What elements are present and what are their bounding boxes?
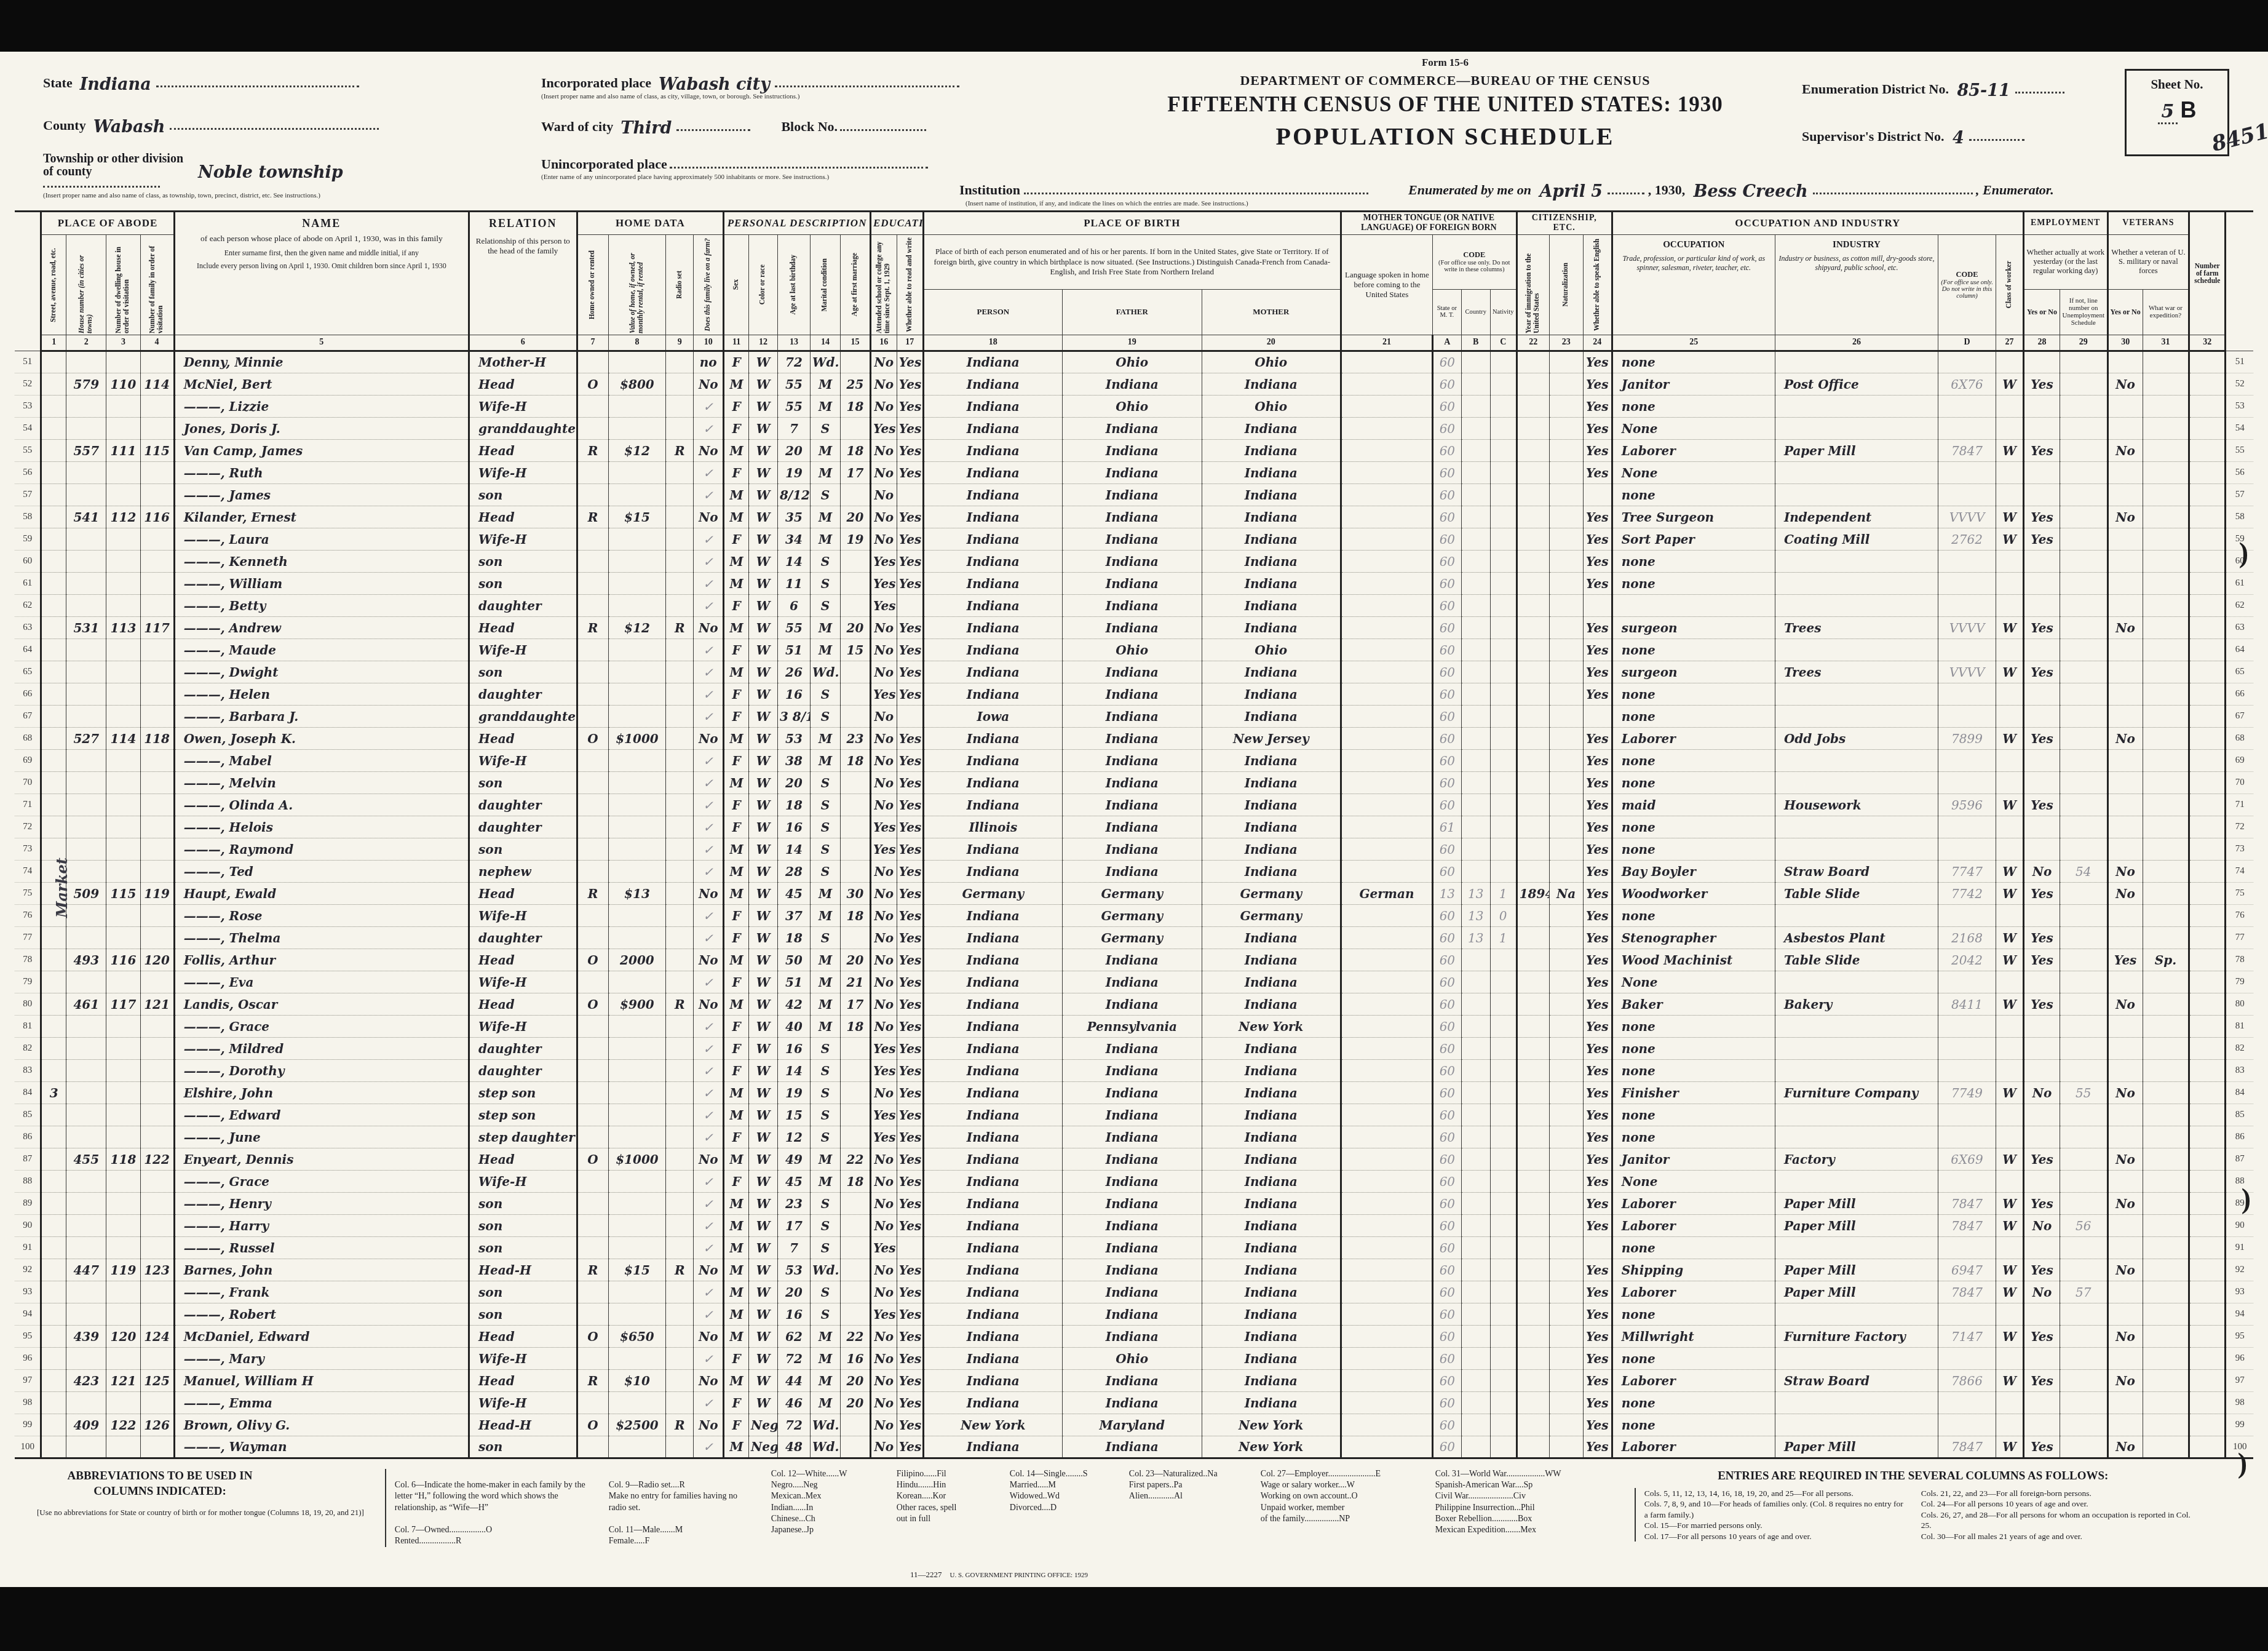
cell-vw [2143, 750, 2189, 772]
scan-edge-top [0, 0, 2268, 52]
col-color-race: Color or race [749, 235, 778, 335]
cell-eng [1583, 595, 1612, 617]
sheet-label: Sheet No. [2127, 77, 2227, 92]
cell-cw [1996, 639, 2023, 661]
cell-bm: Indiana [1202, 1038, 1341, 1060]
cell-fa [140, 838, 174, 861]
cell-am: 21 [840, 971, 870, 993]
cell-am [840, 551, 870, 573]
census-row: 71———, Olinda A.daughter✓FW18SNoYesIndia… [15, 794, 2253, 816]
cell-eln [2060, 838, 2108, 861]
cell-st [41, 1326, 66, 1348]
cell-cc [1490, 528, 1517, 551]
cell-vw [2143, 1237, 2189, 1259]
cell-fs [2189, 661, 2226, 683]
cell-am [840, 484, 870, 506]
cell-bf: Pennsylvania [1063, 1016, 1202, 1038]
cell-occ: none [1612, 1414, 1775, 1436]
cell-fs [2189, 993, 2226, 1016]
cell-sex: M [724, 838, 749, 861]
cell-ey: No [2023, 1082, 2060, 1104]
cell-fa [140, 1281, 174, 1303]
cell-st [41, 1126, 66, 1148]
line-number-right: 72 [2226, 816, 2253, 838]
cell-rel: son [469, 484, 577, 506]
col-year-immigration: Year of immigration to the United States [1517, 235, 1549, 335]
cell-hn [66, 528, 106, 551]
cell-sex: M [724, 993, 749, 1016]
line-number-left: 78 [15, 949, 41, 971]
cell-sch: No [870, 1436, 897, 1458]
cell-fa: 125 [140, 1370, 174, 1392]
cell-eng: Yes [1583, 993, 1612, 1016]
cell-name: ———, Edward [174, 1104, 469, 1126]
cell-mt [1341, 1215, 1432, 1237]
cell-val [608, 683, 666, 706]
cell-name: ———, Mabel [174, 750, 469, 772]
cell-rel: step son [469, 1104, 577, 1126]
cell-rel: Wife-H [469, 1016, 577, 1038]
cell-am [840, 1259, 870, 1281]
cell-eng: Yes [1583, 1259, 1612, 1281]
cell-mt [1341, 1303, 1432, 1326]
cell-hn: 557 [66, 440, 106, 462]
cell-rad [666, 1082, 694, 1104]
cell-bf: Indiana [1063, 1082, 1202, 1104]
cell-hn [66, 1215, 106, 1237]
cell-code [1938, 1016, 1996, 1038]
cell-eln [2060, 1193, 2108, 1215]
cell-fa [140, 971, 174, 993]
cell-occ: none [1612, 905, 1775, 927]
cell-bf: Germany [1063, 883, 1202, 905]
cell-mt [1341, 462, 1432, 484]
cell-dw [106, 971, 140, 993]
group-occupation-industry: OCCUPATION AND INDUSTRY [1612, 212, 2023, 235]
cell-ca: 60 [1432, 993, 1461, 1016]
cell-bp: Indiana [923, 1148, 1062, 1171]
cell-bm: Indiana [1202, 1370, 1341, 1392]
cell-cc [1490, 1414, 1517, 1436]
column-number: 25 [1612, 335, 1775, 351]
cell-val [608, 905, 666, 927]
cell-bp: Indiana [923, 351, 1062, 373]
cell-rw: Yes [897, 351, 923, 373]
cell-mar: M [810, 1392, 840, 1414]
cell-st [41, 1392, 66, 1414]
line-number-right: 79 [2226, 971, 2253, 993]
cell-nat [1549, 728, 1583, 750]
line-number-left: 80 [15, 993, 41, 1016]
cell-fa [140, 772, 174, 794]
cell-mar: S [810, 1237, 840, 1259]
cell-dw [106, 1104, 140, 1126]
state-label: State [43, 75, 73, 90]
cell-race: W [749, 816, 778, 838]
cell-vy: No [2107, 506, 2143, 528]
cell-dw: 119 [106, 1259, 140, 1281]
cell-rw: Yes [897, 1303, 923, 1326]
cell-name: ———, Robert [174, 1303, 469, 1326]
cell-hn [66, 1038, 106, 1060]
cell-cc [1490, 639, 1517, 661]
cell-vy: No [2107, 883, 2143, 905]
cell-val [608, 1348, 666, 1370]
cell-rel: son [469, 1193, 577, 1215]
cell-vy [2107, 551, 2143, 573]
enumerated-prefix: Enumerated by me on [1408, 182, 1531, 197]
cell-code: 7866 [1938, 1370, 1996, 1392]
line-number-left: 92 [15, 1259, 41, 1281]
cell-bf: Germany [1063, 927, 1202, 949]
enumerator-suffix: , Enumerator. [1976, 182, 2054, 197]
cell-vy [2107, 971, 2143, 993]
cell-rel: son [469, 551, 577, 573]
col-birthplace-mother: MOTHER [1202, 289, 1341, 335]
cell-am: 17 [840, 993, 870, 1016]
line-number-left: 59 [15, 528, 41, 551]
cell-race: Neg [749, 1414, 778, 1436]
cell-mar: S [810, 551, 840, 573]
line-number-left: 93 [15, 1281, 41, 1303]
cell-cc: 1 [1490, 883, 1517, 905]
cell-ca: 60 [1432, 528, 1461, 551]
cell-code [1938, 573, 1996, 595]
cell-bm: Indiana [1202, 1148, 1341, 1171]
col-code-country: Country [1461, 289, 1490, 335]
cell-race: W [749, 1148, 778, 1171]
column-number: 2 [66, 335, 106, 351]
cell-hn: 455 [66, 1148, 106, 1171]
cell-ey: Yes [2023, 1326, 2060, 1348]
cell-rad [666, 484, 694, 506]
cell-vy [2107, 484, 2143, 506]
cell-race: W [749, 1016, 778, 1038]
census-row: 55557111115Van Camp, JamesHeadR$12RNoMW2… [15, 440, 2253, 462]
cell-cb [1461, 1082, 1490, 1104]
cell-rw: Yes [897, 772, 923, 794]
cell-st [41, 1281, 66, 1303]
col-mother-tongue: Language spoken in home before coming to… [1341, 235, 1432, 335]
cell-fs [2189, 573, 2226, 595]
cell-vy: No [2107, 728, 2143, 750]
cell-bp: Indiana [923, 617, 1062, 639]
cell-cw: W [1996, 440, 2023, 462]
cell-own [577, 794, 608, 816]
cell-bf: Indiana [1063, 1436, 1202, 1458]
cell-nat [1549, 1436, 1583, 1458]
line-number-left: 99 [15, 1414, 41, 1436]
cell-mar: M [810, 1326, 840, 1348]
cell-am: 18 [840, 396, 870, 418]
cell-mar: M [810, 617, 840, 639]
cell-vw [2143, 484, 2189, 506]
cell-ca: 60 [1432, 351, 1461, 373]
cell-code [1938, 971, 1996, 993]
cell-name: ———, Grace [174, 1016, 469, 1038]
cell-rw: Yes [897, 617, 923, 639]
cell-own: R [577, 883, 608, 905]
cell-val [608, 418, 666, 440]
cell-ey [2023, 595, 2060, 617]
cell-age: 7 [777, 1237, 810, 1259]
cell-hn [66, 1237, 106, 1259]
cell-cc [1490, 351, 1517, 373]
cell-ca: 60 [1432, 794, 1461, 816]
cell-yi [1517, 1193, 1549, 1215]
cell-code [1938, 462, 1996, 484]
cell-rad [666, 1326, 694, 1348]
cell-ey [2023, 484, 2060, 506]
cell-hn [66, 1348, 106, 1370]
line-number-left: 85 [15, 1104, 41, 1126]
cell-vy [2107, 838, 2143, 861]
cell-cc [1490, 551, 1517, 573]
cell-vw [2143, 1414, 2189, 1436]
cell-race: W [749, 883, 778, 905]
cell-ca: 60 [1432, 971, 1461, 993]
cell-code: 6X76 [1938, 373, 1996, 396]
cell-rel: nephew [469, 861, 577, 883]
cell-yi [1517, 861, 1549, 883]
cell-code: 7847 [1938, 1215, 1996, 1237]
cell-rw: Yes [897, 506, 923, 528]
cell-rw: Yes [897, 1259, 923, 1281]
cell-occ: Laborer [1612, 1436, 1775, 1458]
cell-ca: 60 [1432, 927, 1461, 949]
cell-vy [2107, 661, 2143, 683]
cell-bp: Indiana [923, 905, 1062, 927]
cell-rad [666, 1370, 694, 1392]
cell-occ: none [1612, 1104, 1775, 1126]
cell-sch: No [870, 661, 897, 683]
cell-vw [2143, 728, 2189, 750]
cell-age: 14 [777, 838, 810, 861]
cell-nat [1549, 1126, 1583, 1148]
cell-own: O [577, 728, 608, 750]
institution-row: Institution Enumerated by me on April 5 … [959, 180, 2251, 207]
cell-code: 6X69 [1938, 1148, 1996, 1171]
header-left-fields: State Indiana County Wabash Township or … [43, 52, 449, 199]
cell-sex: M [724, 1436, 749, 1458]
cell-nat [1549, 1060, 1583, 1082]
cell-dw [106, 1082, 140, 1104]
cell-mt [1341, 528, 1432, 551]
cell-fs [2189, 418, 2226, 440]
cell-dw [106, 661, 140, 683]
cell-fs [2189, 484, 2226, 506]
cell-bm: Indiana [1202, 551, 1341, 573]
cell-ca: 60 [1432, 573, 1461, 595]
cell-eng: Yes [1583, 816, 1612, 838]
cell-code [1938, 418, 1996, 440]
cell-race: W [749, 993, 778, 1016]
cell-rw: Yes [897, 396, 923, 418]
cell-st [41, 993, 66, 1016]
cell-fa: 122 [140, 1148, 174, 1171]
cell-bp: Indiana [923, 728, 1062, 750]
cell-bp: Indiana [923, 927, 1062, 949]
census-row: 59———, LauraWife-H✓FW34M19NoYesIndianaIn… [15, 528, 2253, 551]
cell-nat [1549, 1392, 1583, 1414]
cell-bm: Ohio [1202, 639, 1341, 661]
cell-vw [2143, 1126, 2189, 1148]
cell-sex: F [724, 351, 749, 373]
cell-age: 11 [777, 573, 810, 595]
cell-cc [1490, 1370, 1517, 1392]
cell-val: $13 [608, 883, 666, 905]
cell-eng: Yes [1583, 1392, 1612, 1414]
cell-cw: W [1996, 1215, 2023, 1237]
cell-cb [1461, 1060, 1490, 1082]
cell-val: $900 [608, 993, 666, 1016]
cell-cc [1490, 1436, 1517, 1458]
cell-race: W [749, 373, 778, 396]
cell-rw: Yes [897, 1082, 923, 1104]
cell-val: $650 [608, 1326, 666, 1348]
cell-frm: No [694, 1326, 724, 1348]
cell-val [608, 396, 666, 418]
cell-cc [1490, 1259, 1517, 1281]
cell-cc [1490, 484, 1517, 506]
cell-vw [2143, 1193, 2189, 1215]
cell-cb [1461, 1215, 1490, 1237]
cell-vw [2143, 838, 2189, 861]
cell-st [41, 1171, 66, 1193]
column-number: 30 [2107, 335, 2143, 351]
abbrev-col14: Col. 14—Single........S Married.....M Wi… [1010, 1469, 1108, 1547]
cell-frm: ✓ [694, 528, 724, 551]
cell-dw: 118 [106, 1148, 140, 1171]
cell-occ: Laborer [1612, 1370, 1775, 1392]
cell-age: 72 [777, 351, 810, 373]
cell-am: 18 [840, 750, 870, 772]
census-row: 83———, Dorothydaughter✓FW14SYesYesIndian… [15, 1060, 2253, 1082]
cell-fa [140, 1038, 174, 1060]
cell-hn [66, 1016, 106, 1038]
cell-bp: Indiana [923, 1370, 1062, 1392]
cell-name: ———, Helois [174, 816, 469, 838]
group-name: NAME of each person whose place of abode… [174, 212, 469, 335]
cell-ind: Straw Board [1775, 861, 1938, 883]
enum-district-label: Enumeration District No. [1802, 81, 1949, 97]
cell-cb: 13 [1461, 883, 1490, 905]
cell-vy [2107, 794, 2143, 816]
cell-am: 16 [840, 1348, 870, 1370]
cell-st [41, 971, 66, 993]
cell-vy [2107, 528, 2143, 551]
cell-occ: none [1612, 1016, 1775, 1038]
cell-vw [2143, 1171, 2189, 1193]
cell-race: W [749, 551, 778, 573]
cell-code [1938, 706, 1996, 728]
cell-fs [2189, 1326, 2226, 1348]
cell-age: 20 [777, 772, 810, 794]
cell-eln [2060, 1038, 2108, 1060]
cell-frm: ✓ [694, 1348, 724, 1370]
cell-bm: Germany [1202, 905, 1341, 927]
cell-bf: Indiana [1063, 993, 1202, 1016]
cell-cc [1490, 949, 1517, 971]
cell-mar: S [810, 1060, 840, 1082]
cell-dw: 117 [106, 993, 140, 1016]
cell-rw [897, 595, 923, 617]
cell-ey: No [2023, 861, 2060, 883]
cell-mar: M [810, 528, 840, 551]
line-number-right: 84 [2226, 1082, 2253, 1104]
cell-rad [666, 1104, 694, 1126]
cell-rel: son [469, 838, 577, 861]
cell-rel: son [469, 1303, 577, 1326]
cell-rw: Yes [897, 1060, 923, 1082]
census-row: 98———, EmmaWife-H✓FW46M20NoYesIndianaInd… [15, 1392, 2253, 1414]
cell-sch: No [870, 993, 897, 1016]
census-row: 65———, Dwightson✓MW26Wd.NoYesIndianaIndi… [15, 661, 2253, 683]
cell-sex: F [724, 639, 749, 661]
cell-code: 7847 [1938, 1436, 1996, 1458]
cell-cw: W [1996, 1281, 2023, 1303]
cell-vw [2143, 639, 2189, 661]
column-number: 19 [1063, 335, 1202, 351]
cell-cb [1461, 1104, 1490, 1126]
cell-code: 2042 [1938, 949, 1996, 971]
cell-rw: Yes [897, 551, 923, 573]
cell-eng: Yes [1583, 551, 1612, 573]
cell-ca: 60 [1432, 373, 1461, 396]
cell-bp: Indiana [923, 418, 1062, 440]
column-number: 31 [2143, 335, 2189, 351]
cell-rel: Wife-H [469, 1348, 577, 1370]
cell-sch: Yes [870, 1104, 897, 1126]
cell-vw: Sp. [2143, 949, 2189, 971]
cell-cb [1461, 1193, 1490, 1215]
cell-val: $1000 [608, 1148, 666, 1171]
cell-val [608, 462, 666, 484]
cell-bf: Indiana [1063, 484, 1202, 506]
cell-cc [1490, 440, 1517, 462]
group-home-data: HOME DATA [577, 212, 724, 235]
col-code-state: State or M. T. [1432, 289, 1461, 335]
cell-sex: F [724, 418, 749, 440]
cell-name: ———, June [174, 1126, 469, 1148]
cell-bp: Indiana [923, 794, 1062, 816]
line-number-left: 52 [15, 373, 41, 396]
cell-val [608, 1303, 666, 1326]
cell-dw [106, 1392, 140, 1414]
cell-dw: 121 [106, 1370, 140, 1392]
cell-ey [2023, 1392, 2060, 1414]
cell-mt [1341, 440, 1432, 462]
cell-own [577, 1303, 608, 1326]
cell-rel: step son [469, 1082, 577, 1104]
employment-description: Whether actually at work yesterday (or t… [2023, 235, 2107, 290]
cell-fs [2189, 1082, 2226, 1104]
cell-fa [140, 1348, 174, 1370]
cell-fs [2189, 728, 2226, 750]
cell-code: 7847 [1938, 440, 1996, 462]
cell-eng: Yes [1583, 1126, 1612, 1148]
cell-nat [1549, 1326, 1583, 1348]
census-row: 86———, Junestep daughter✓FW12SYesYesIndi… [15, 1126, 2253, 1148]
cell-val [608, 595, 666, 617]
cell-frm: ✓ [694, 750, 724, 772]
cell-name: ———, Laura [174, 528, 469, 551]
enumerator-value: Bess Creech [1689, 182, 1813, 201]
cell-rel: daughter [469, 595, 577, 617]
cell-cw: W [1996, 993, 2023, 1016]
cell-age: 72 [777, 1348, 810, 1370]
cell-cb [1461, 506, 1490, 528]
